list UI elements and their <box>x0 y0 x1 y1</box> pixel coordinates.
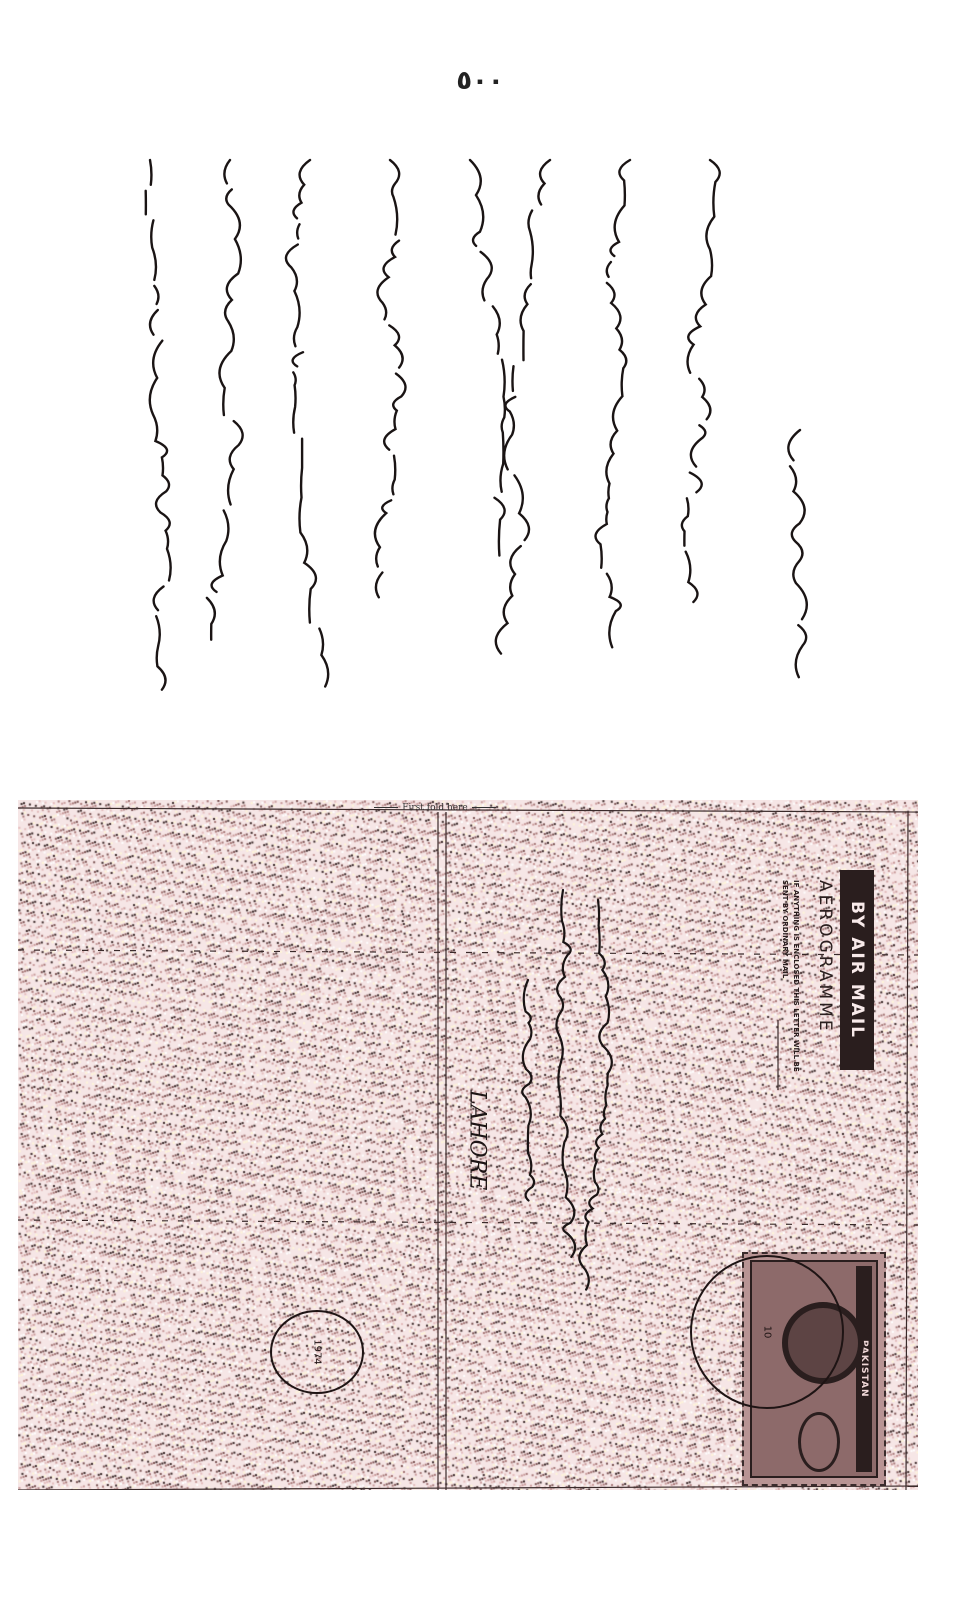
destination-postmark: 1974 <box>270 1310 364 1394</box>
aerogramme-title-text: AEROGRAMME <box>815 880 835 1080</box>
fold-instruction: First fold here <box>350 803 520 813</box>
address-city-text: LAHORE <box>465 1090 490 1210</box>
stamp-country-band: PAKISTAN <box>856 1266 872 1472</box>
stamp-value-oval <box>798 1412 840 1472</box>
address-city: LAHORE <box>462 1090 492 1210</box>
enclosure-notice: IF ANYTHING IS ENCLOSED THIS LETTER WILL… <box>770 880 810 1090</box>
page-number: ٥٠٠ <box>0 66 960 96</box>
destination-postmark-text: 1974 <box>312 1339 323 1364</box>
origin-postmark: 10 <box>690 1255 844 1409</box>
handwritten-letter <box>120 150 880 710</box>
aerogramme-title: AEROGRAMME <box>812 880 838 1080</box>
handwriting-strokes <box>120 150 880 710</box>
airmail-badge: BY AIR MAIL <box>840 870 874 1070</box>
airmail-badge-text: BY AIR MAIL <box>847 901 867 1039</box>
origin-postmark-text: 10 <box>762 1326 773 1339</box>
enclosure-notice-text: IF ANYTHING IS ENCLOSED THIS LETTER WILL… <box>779 880 801 1090</box>
